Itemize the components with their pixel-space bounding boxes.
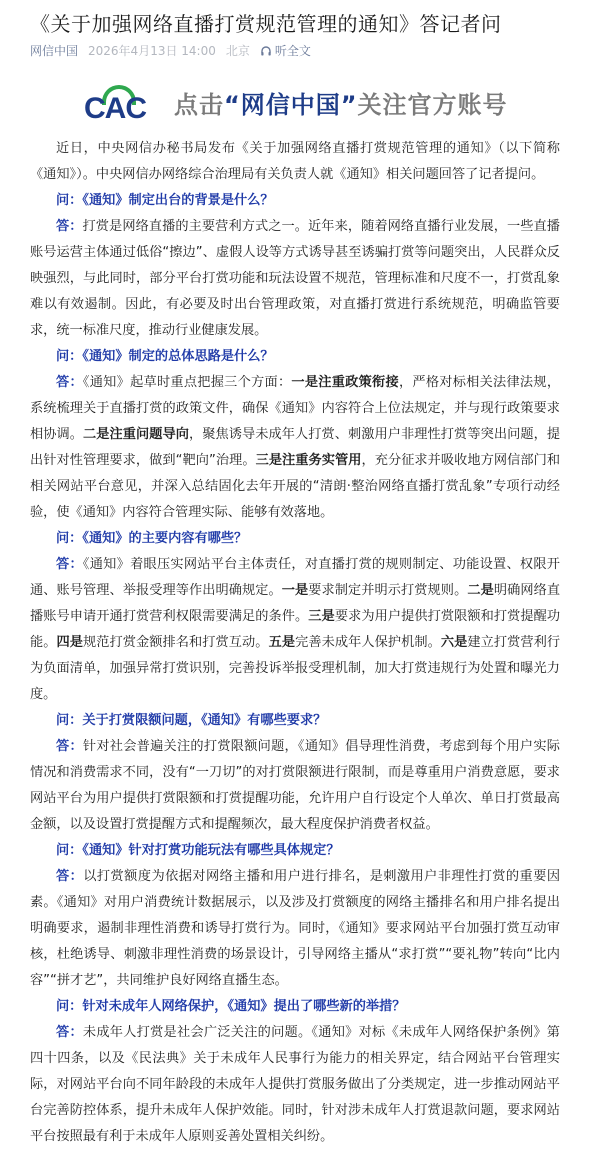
listen-full-text-button[interactable]: 听全文 bbox=[260, 42, 311, 59]
answer-label: 答： bbox=[56, 219, 83, 234]
answer-emphasis: 二是 bbox=[467, 583, 494, 598]
intro-paragraph: 近日，中央网信办秘书局发布《关于加强网络直播打赏规范管理的通知》（以下简称《通知… bbox=[30, 136, 560, 188]
question-heading: 问：《通知》的主要内容有哪些？ bbox=[30, 526, 560, 552]
answer-label: 答： bbox=[56, 1025, 83, 1040]
answer-paragraph: 答：未成年人打赏是社会广泛关注的问题。《通知》对标《未成年人网络保护条例》第四十… bbox=[30, 1020, 560, 1150]
answer-emphasis: 二是注重问题导向 bbox=[83, 427, 189, 442]
answer-text: 完善未成年人保护机制。 bbox=[295, 635, 441, 650]
answer-paragraph: 答：针对社会普遍关注的打赏限额问题，《通知》倡导理性消费，考虑到每个用户实际情况… bbox=[30, 734, 560, 838]
logo-text: CAC bbox=[84, 92, 146, 126]
answer-emphasis: 六是 bbox=[441, 635, 468, 650]
question-heading: 问：《通知》针对打赏功能玩法有哪些具体规定？ bbox=[30, 838, 560, 864]
answer-emphasis: 四是 bbox=[57, 635, 84, 650]
answer-emphasis: 五是 bbox=[269, 635, 296, 650]
location: 北京 bbox=[226, 42, 250, 59]
answer-paragraph: 答：以打赏额度为依据对网络主播和用户进行排名，是刺激用户非理性打赏的重要因素。《… bbox=[30, 864, 560, 994]
answer-paragraph: 答：《通知》起草时重点把握三个方面：一是注重政策衔接，严格对标相关法律法规，系统… bbox=[30, 370, 560, 526]
answer-label: 答： bbox=[56, 557, 83, 572]
answer-emphasis: 三是注重务实管用 bbox=[256, 453, 362, 468]
answer-text: 针对社会普遍关注的打赏限额问题，《通知》倡导理性消费，考虑到每个用户实际情况和消… bbox=[30, 739, 560, 832]
publish-datetime: 2026年4月13日 14:00 bbox=[88, 42, 216, 59]
slogan-prefix: 点击 bbox=[174, 91, 224, 119]
question-heading: 问：《通知》制定的总体思路是什么？ bbox=[30, 344, 560, 370]
article-meta: 网信中国 2026年4月13日 14:00 北京 听全文 bbox=[30, 42, 311, 59]
answer-emphasis: 一是 bbox=[282, 583, 309, 598]
cac-logo: CAC bbox=[84, 83, 154, 123]
source-name[interactable]: 网信中国 bbox=[30, 42, 78, 59]
answer-label: 答： bbox=[56, 739, 83, 754]
answer-paragraph: 答：打赏是网络直播的主要营利方式之一。近年来，随着网络直播行业发展，一些直播账号… bbox=[30, 214, 560, 344]
answer-text: 规范打赏金额排名和打赏互动。 bbox=[83, 635, 269, 650]
article-body: 近日，中央网信办秘书局发布《关于加强网络直播打赏规范管理的通知》（以下简称《通知… bbox=[30, 136, 560, 1150]
question-heading: 问：针对未成年人网络保护，《通知》提出了哪些新的举措？ bbox=[30, 994, 560, 1020]
answer-label: 答： bbox=[56, 869, 83, 884]
article-title: 《关于加强网络直播打赏规范管理的通知》答记者问 bbox=[30, 8, 502, 37]
answer-emphasis: 三是 bbox=[308, 609, 335, 624]
answer-emphasis: 一是注重政策衔接 bbox=[291, 375, 399, 390]
headphones-icon bbox=[260, 45, 272, 57]
answer-text: 要求制定并明示打赏规则。 bbox=[308, 583, 467, 598]
banner-slogan: 点击“网信中国”关注官方账号 bbox=[174, 85, 508, 120]
answer-paragraph: 答：《通知》着眼压实网站平台主体责任，对直播打赏的规则制定、功能设置、权限开通、… bbox=[30, 552, 560, 708]
slogan-suffix: 关注官方账号 bbox=[358, 91, 508, 119]
question-heading: 问：《通知》制定出台的背景是什么？ bbox=[30, 188, 560, 214]
answer-label: 答： bbox=[56, 375, 83, 390]
slogan-highlight: “网信中国” bbox=[224, 91, 358, 119]
follow-banner[interactable]: CAC 点击“网信中国”关注官方账号 bbox=[84, 80, 508, 125]
answer-text: 打赏是网络直播的主要营利方式之一。近年来，随着网络直播行业发展，一些直播账号运营… bbox=[30, 219, 560, 338]
answer-text: 未成年人打赏是社会广泛关注的问题。《通知》对标《未成年人网络保护条例》第四十四条… bbox=[30, 1025, 560, 1144]
answer-text: 《通知》起草时重点把握三个方面： bbox=[83, 375, 292, 390]
answer-text: 以打赏额度为依据对网络主播和用户进行排名，是刺激用户非理性打赏的重要因素。《通知… bbox=[30, 869, 560, 988]
listen-label: 听全文 bbox=[275, 42, 311, 59]
question-heading: 问：关于打赏限额问题，《通知》有哪些要求？ bbox=[30, 708, 560, 734]
